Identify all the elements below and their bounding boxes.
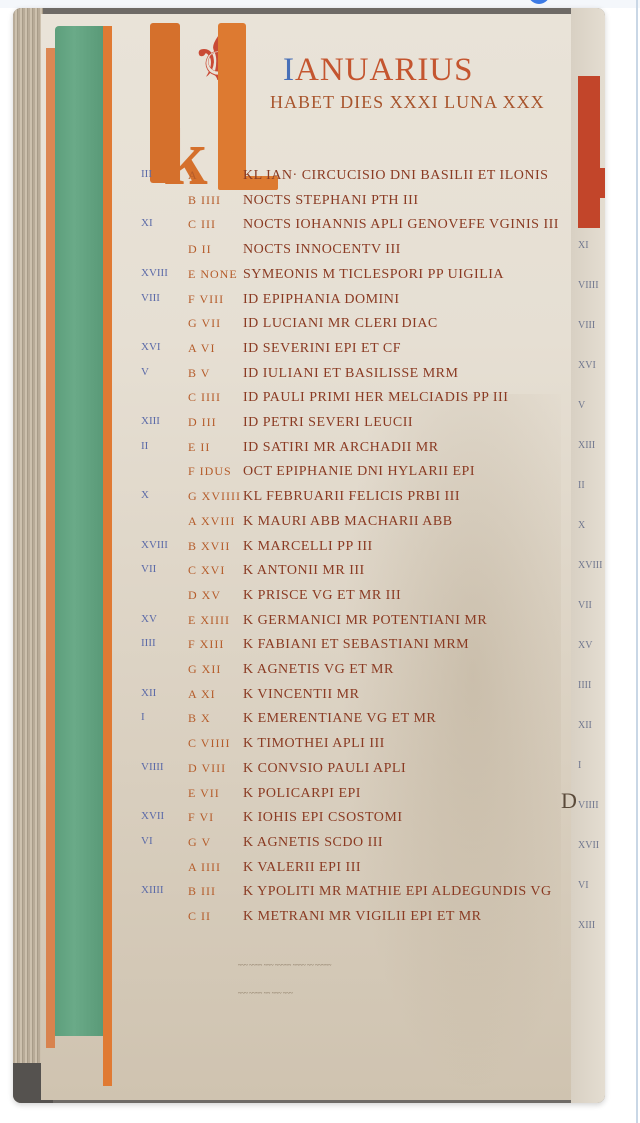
saint-feast-text: K ANTONII MR III [243,563,365,579]
initial-L-stem [218,23,246,188]
calendar-row: G VIIID LUCIANI MR CLERI DIAC [13,316,573,340]
saint-feast-text: K MARCELLI PP III [243,539,373,555]
golden-number: XIII [141,415,181,427]
saint-feast-text: K FABIANI ET SEBASTIANI MRM [243,637,469,653]
dominical-letter: G VII [188,316,221,331]
golden-number: XVIII [141,539,181,551]
golden-number: XVIII [141,267,181,279]
dominical-letter: G XVIIII [188,489,241,504]
dominical-letter: B IIII [188,193,221,208]
calendar-row: IB XK EMERENTIANE VG ET MR [13,711,573,735]
dominical-letter: C IIII [188,390,221,405]
calendar-row: XIC IIINOCTS IOHANNIS APLI GENOVEFE VGIN… [13,217,573,241]
facing-page-numeral: VII [578,600,592,611]
manuscript-photo-card: k ⚜ IANUARIUS HABET DIES XXXI LUNA XXX I… [13,8,605,1103]
saint-feast-text: SYMEONIS M TICLESPORI PP UIGILIA [243,267,504,283]
dominical-letter: E XIIII [188,613,230,628]
golden-number: XI [141,217,181,229]
calendar-row: VB VID IULIANI ET BASILISSE MRM [13,366,573,390]
dominical-letter: A XVIII [188,514,235,529]
month-title: IANUARIUS [283,52,474,89]
dominical-letter: F IDUS [188,464,232,479]
calendar-row: XIIIIB IIIK YPOLITI MR MATHIE EPI ALDEGU… [13,884,573,908]
golden-number: VIII [141,292,181,304]
calendar-row: A XVIIIK MAURI ABB MACHARII ABB [13,514,573,538]
facing-page-numeral: II [578,480,585,491]
golden-number: VIIII [141,761,181,773]
dominical-letter: B V [188,366,210,381]
calendar-row: XVIIIB XVIIK MARCELLI PP III [13,539,573,563]
golden-number: XII [141,687,181,699]
calendar-row: IIIIF XIIIK FABIANI ET SEBASTIANI MRM [13,637,573,661]
facing-page-numeral: VIII [578,320,595,331]
golden-number: III [141,168,181,180]
saint-feast-text: NOCTS INNOCENTV III [243,242,401,258]
facing-page-numeral: XVIII [578,560,602,571]
dominical-letter: A IIII [188,860,221,875]
calendar-row: A IIIIK VALERII EPI III [13,860,573,884]
margin-mark: D [561,788,577,814]
saint-feast-text: NOCTS STEPHANI PTH III [243,193,419,209]
calendar-row: F IDUSOCT EPIPHANIE DNI HYLARII EPI [13,464,573,488]
saint-feast-text: K GERMANICI MR POTENTIANI MR [243,613,487,629]
calendar-row: XVIIF VIK IOHIS EPI CSOSTOMI [13,810,573,834]
calendar-row: IIE IIID SATIRI MR ARCHADII MR [13,440,573,464]
calendar-row: XVIIIE NONESYMEONIS M TICLESPORI PP UIGI… [13,267,573,291]
dominical-letter: F VI [188,810,214,825]
facing-page-numeral: XIII [578,920,595,931]
saint-feast-text: ID PETRI SEVERI LEUCII [243,415,413,431]
saint-feast-text: ID PAULI PRIMI HER MELCIADIS PP III [243,390,508,406]
saint-feast-text: NOCTS IOHANNIS APLI GENOVEFE VGINIS III [243,217,559,233]
dominical-letter: A [188,168,198,183]
facing-page-numeral: V [578,400,585,411]
dominical-letter: B III [188,884,216,899]
saint-feast-text: ID SEVERINI EPI ET CF [243,341,401,357]
calendar-row: C IIK METRANI MR VIGILII EPI ET MR [13,909,573,933]
footnote-gloss-2: ~~~ ~~~~ ~~ ~~~ ~~~ [238,991,293,997]
saint-feast-text: K PRISCE VG ET MR III [243,588,401,604]
dominical-letter: E NONE [188,267,238,282]
calendar-row: D IINOCTS INNOCENTV III [13,242,573,266]
saint-feast-text: ID LUCIANI MR CLERI DIAC [243,316,438,332]
dominical-letter: E VII [188,786,220,801]
saint-feast-text: K EMERENTIANE VG ET MR [243,711,436,727]
calendar-row: XVE XIIIIK GERMANICI MR POTENTIANI MR [13,613,573,637]
saint-feast-text: K VALERII EPI III [243,860,361,876]
facing-page-initial [578,76,600,228]
facing-page-numeral: X [578,520,585,531]
month-title-rest: ANUARIUS [295,52,474,88]
calendar-row: IIIAKL IAN· CIRCUCISIO DNI BASILII ET IL… [13,168,573,192]
calendar-row: C IIIIID PAULI PRIMI HER MELCIADIS PP II… [13,390,573,414]
dominical-letter: D II [188,242,212,257]
facing-page-numeral: VIIII [578,280,599,291]
calendar-row: XIIA XIK VINCENTII MR [13,687,573,711]
facing-page-numeral: IIII [578,680,591,691]
saint-feast-text: ID SATIRI MR ARCHADII MR [243,440,439,456]
saint-feast-text: K AGNETIS SCDO III [243,835,383,851]
calendar-row: B IIIINOCTS STEPHANI PTH III [13,193,573,217]
calendar-row: VIIIID VIIIK CONVSIO PAULI APLI [13,761,573,785]
facing-page-numeral: XV [578,640,592,651]
dominical-letter: A VI [188,341,215,356]
golden-number: II [141,440,181,452]
dominical-letter: C XVI [188,563,225,578]
saint-feast-text: K POLICARPI EPI [243,786,361,802]
golden-number: X [141,489,181,501]
saint-feast-text: K YPOLITI MR MATHIE EPI ALDEGUNDIS VG [243,884,552,900]
dominical-letter: C III [188,217,216,232]
golden-number: IIII [141,637,181,649]
facing-page-numeral: I [578,760,581,771]
facing-page-numeral: VIIII [578,800,599,811]
dominical-letter: D III [188,415,217,430]
calendar-row: D XVK PRISCE VG ET MR III [13,588,573,612]
dominical-letter: A XI [188,687,216,702]
calendar-row: XVIA VIID SEVERINI EPI ET CF [13,341,573,365]
calendar-row: C VIIIIK TIMOTHEI APLI III [13,736,573,760]
dominical-letter: B XVII [188,539,230,554]
calendar-row: E VIIK POLICARPI EPI [13,786,573,810]
facing-page-numeral: XVII [578,840,599,851]
dominical-letter: G XII [188,662,221,677]
facing-page-initial-arm [595,168,605,198]
month-title-initial: I [283,52,295,88]
dominical-letter: F VIII [188,292,224,307]
saint-feast-text: K IOHIS EPI CSOSTOMI [243,810,402,826]
dominical-letter: E II [188,440,210,455]
facing-page-numeral: VI [578,880,589,891]
golden-number: XVI [141,341,181,353]
saint-feast-text: K TIMOTHEI APLI III [243,736,385,752]
golden-number: XVII [141,810,181,822]
saint-feast-text: K VINCENTII MR [243,687,359,703]
calendar-row: G XIIK AGNETIS VG ET MR [13,662,573,686]
golden-number: VII [141,563,181,575]
facing-page-numeral: XII [578,720,592,731]
dominical-letter: G V [188,835,211,850]
dominical-letter: D XV [188,588,221,603]
golden-number: XIIII [141,884,181,896]
saint-feast-text: KL IAN· CIRCUCISIO DNI BASILII ET ILONIS [243,168,548,184]
saint-feast-text: K AGNETIS VG ET MR [243,662,394,678]
golden-number: XV [141,613,181,625]
footnote-gloss: ~~~ ~~~~ ~~~ ~~~~~ ~~~~ ~~ ~~~~~ [238,963,331,969]
dominical-letter: D VIII [188,761,226,776]
dominical-letter: C VIIII [188,736,230,751]
calendar-row: VIG VK AGNETIS SCDO III [13,835,573,859]
saint-feast-text: ID EPIPHANIA DOMINI [243,292,400,308]
golden-number: I [141,711,181,723]
saint-feast-text: K METRANI MR VIGILII EPI ET MR [243,909,481,925]
facing-page-numeral: XI [578,240,589,251]
dominical-letter: C II [188,909,211,924]
calendar-row: XG XVIIIIKL FEBRUARII FELICIS PRBI III [13,489,573,513]
golden-number: VI [141,835,181,847]
scrollbar-track[interactable] [636,0,638,1123]
saint-feast-text: ID IULIANI ET BASILISSE MRM [243,366,458,382]
saint-feast-text: K MAURI ABB MACHARII ABB [243,514,453,530]
golden-number: V [141,366,181,378]
saint-feast-text: KL FEBRUARII FELICIS PRBI III [243,489,460,505]
calendar-row: VIIC XVIK ANTONII MR III [13,563,573,587]
month-subtitle: HABET DIES XXXI LUNA XXX [270,92,545,113]
facing-page-numeral: XVI [578,360,596,371]
dominical-letter: F XIII [188,637,224,652]
saint-feast-text: K CONVSIO PAULI APLI [243,761,406,777]
dominical-letter: B X [188,711,211,726]
calendar-row: XIIID IIIID PETRI SEVERI LEUCII [13,415,573,439]
facing-page-numeral: XIII [578,440,595,451]
saint-feast-text: OCT EPIPHANIE DNI HYLARII EPI [243,464,475,480]
calendar-row: VIIIF VIIIID EPIPHANIA DOMINI [13,292,573,316]
